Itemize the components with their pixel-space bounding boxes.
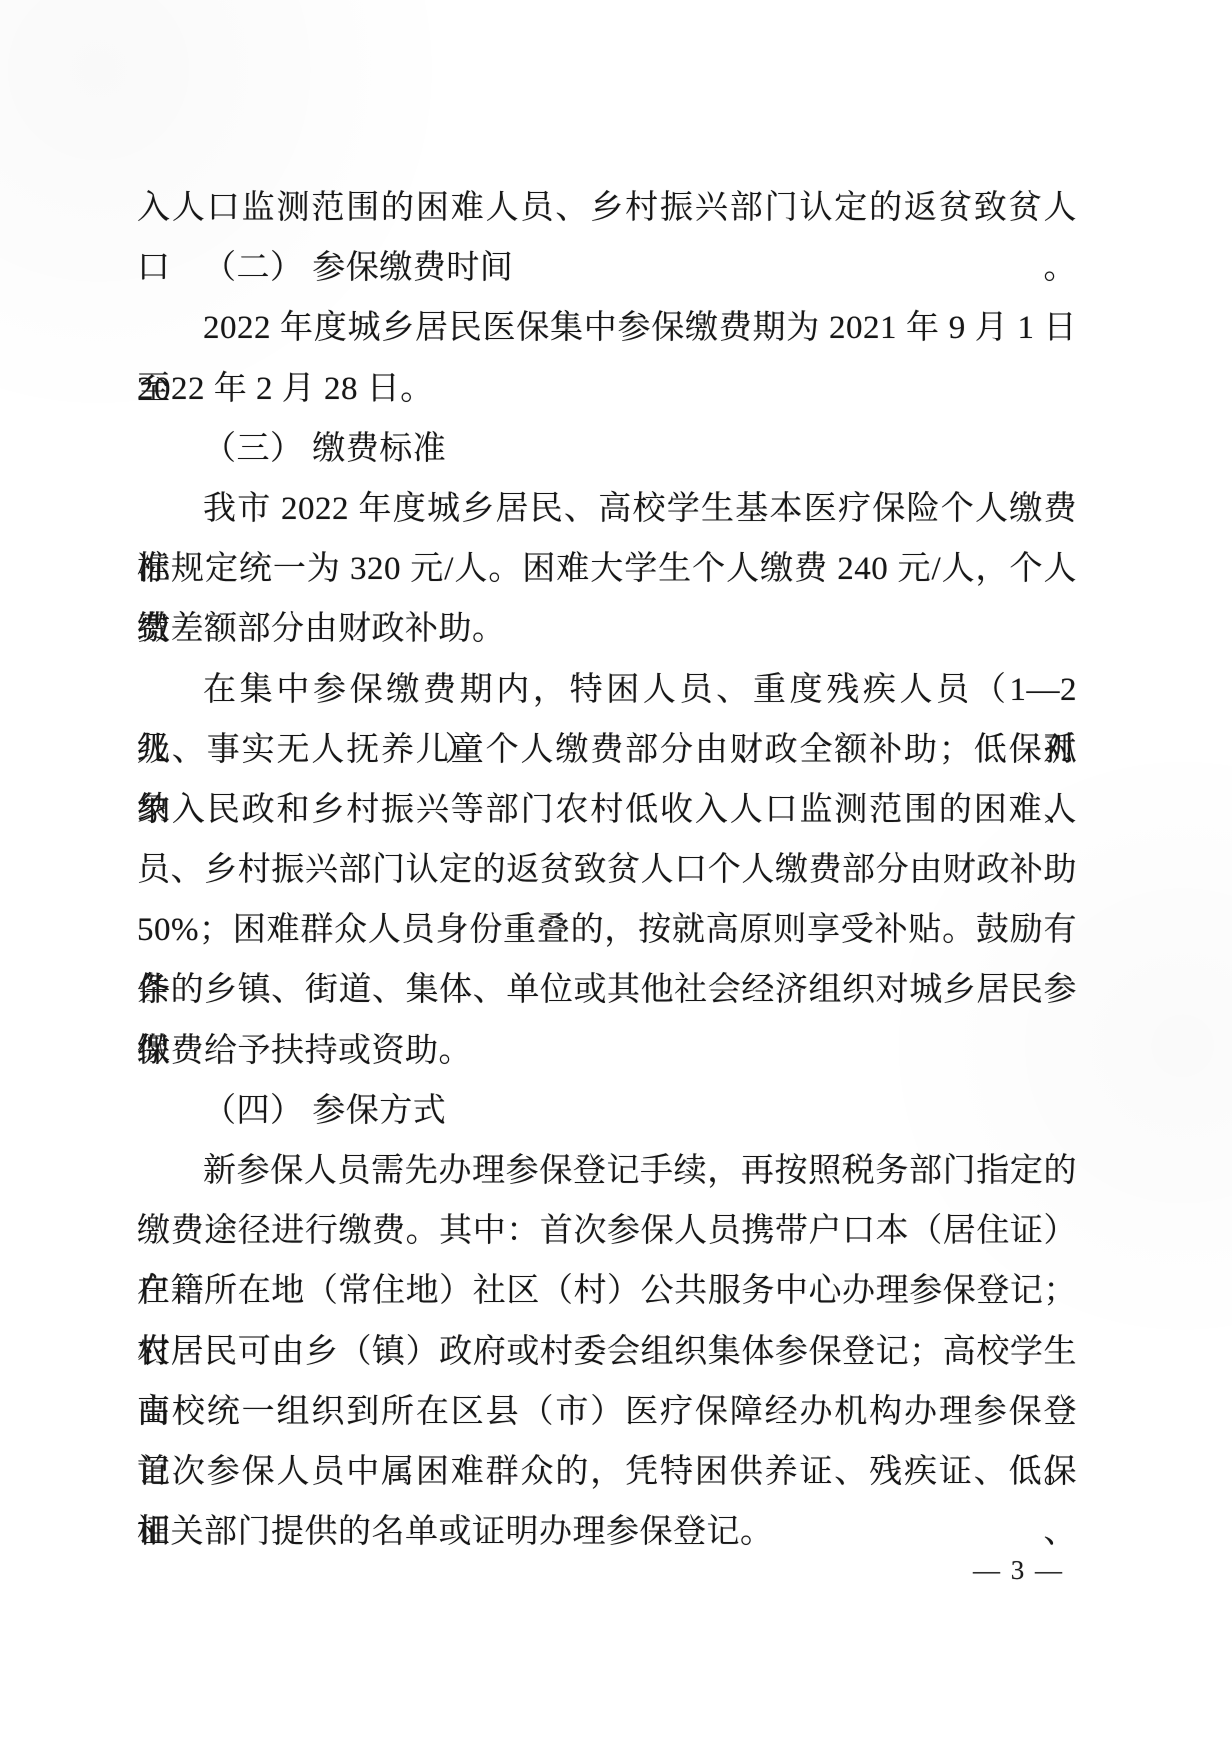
text-line: 2022 年度城乡居民医保集中参保缴费期为 2021 年 9 月 1 日至	[137, 298, 1077, 358]
text-line: 缴费途径进行缴费。其中：首次参保人员携带户口本（居住证）在	[137, 1201, 1077, 1261]
text-line: 2022 年 2 月 28 日。	[137, 359, 1077, 419]
text-line: （四） 参保方式	[137, 1081, 1077, 1141]
text-line: 员、乡村振兴部门认定的返贫致贫人口个人缴费部分由财政补助	[137, 840, 1077, 900]
text-line: 缴费给予扶持或资助。	[137, 1021, 1077, 1081]
text-line: 村居民可由乡（镇）政府或村委会组织集体参保登记；高校学生由	[137, 1322, 1077, 1382]
text-line: 户籍所在地（常住地）社区（村）公共服务中心办理参保登记；农	[137, 1261, 1077, 1321]
text-line: 费差额部分由财政补助。	[137, 599, 1077, 659]
text-line: 高校统一组织到所在区县（市）医疗保障经办机构办理参保登记。	[137, 1382, 1077, 1442]
text-line: 纳入民政和乡村振兴等部门农村低收入人口监测范围的困难人	[137, 780, 1077, 840]
text-line: 50%；困难群众人员身份重叠的，按就高原则享受补贴。鼓励有条	[137, 900, 1077, 960]
text-line: 件的乡镇、街道、集体、单位或其他社会经济组织对城乡居民参保	[137, 960, 1077, 1020]
page-number: — 3 —	[973, 1550, 1064, 1590]
text-line: 入人口监测范围的困难人员、乡村振兴部门认定的返贫致贫人口。	[137, 178, 1077, 238]
text-line: 准规定统一为 320 元/人。困难大学生个人缴费 240 元/人，个人缴	[137, 539, 1077, 599]
text-line: 新参保人员需先办理参保登记手续，再按照税务部门指定的	[137, 1141, 1077, 1201]
text-line: （三） 缴费标准	[137, 419, 1077, 479]
document-page: 入人口监测范围的困难人员、乡村振兴部门认定的返贫致贫人口。（二） 参保缴费时间2…	[0, 0, 1232, 1743]
text-line: 儿、事实无人抚养儿童个人缴费部分由财政全额补助；低保对象、	[137, 720, 1077, 780]
text-line: 首次参保人员中属困难群众的，凭特困供养证、残疾证、低保证、	[137, 1442, 1077, 1502]
text-line: 我市 2022 年度城乡居民、高校学生基本医疗保险个人缴费标	[137, 479, 1077, 539]
text-line: 在集中参保缴费期内，特困人员、重度残疾人员（1—2 级）、孤	[137, 660, 1077, 720]
document-body: 入人口监测范围的困难人员、乡村振兴部门认定的返贫致贫人口。（二） 参保缴费时间2…	[137, 178, 1077, 1562]
